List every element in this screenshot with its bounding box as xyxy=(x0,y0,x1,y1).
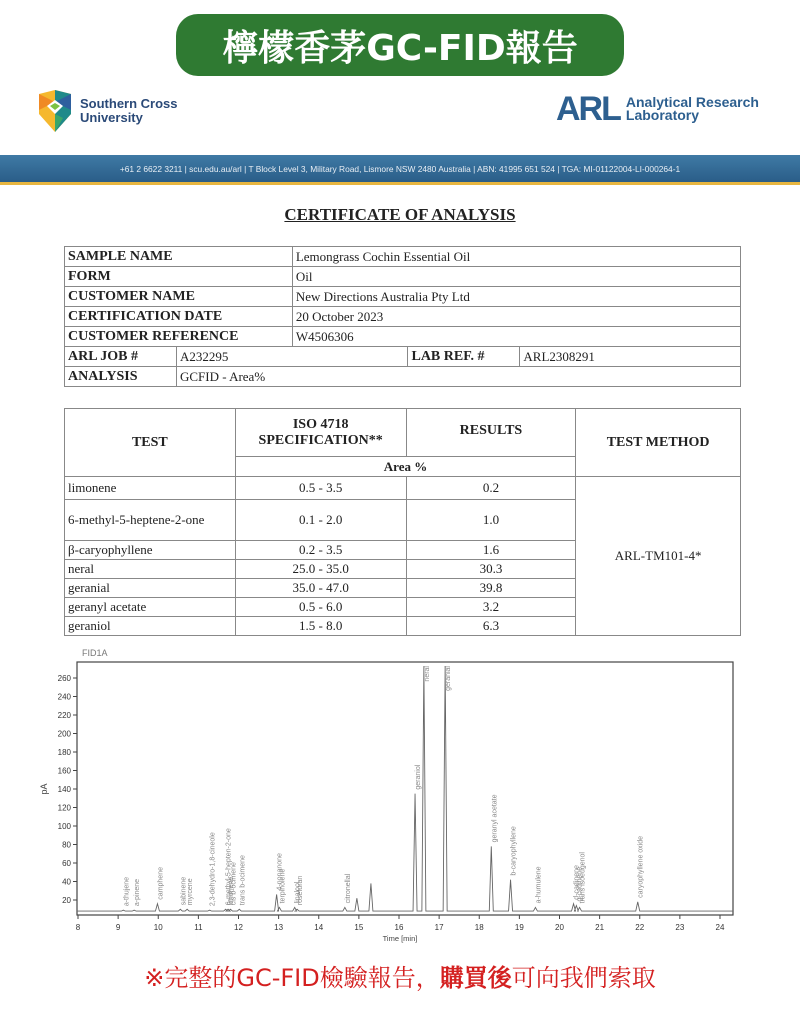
x-tick-label: 24 xyxy=(716,923,725,932)
label: LAB REF. # xyxy=(408,347,520,367)
label: FORM xyxy=(65,267,293,287)
certificate-title: CERTIFICATE OF ANALYSIS xyxy=(0,205,800,225)
value: New Directions Australia Pty Ltd xyxy=(292,287,740,307)
peak-label: citronellal xyxy=(345,873,352,903)
footer-note: ※完整的GC-FID檢驗報告，購買後可向我們索取 xyxy=(0,958,800,993)
cell-spec: 0.2 - 3.5 xyxy=(235,541,406,560)
x-tick-label: 20 xyxy=(555,923,564,932)
header-spec: ISO 4718 SPECIFICATION** xyxy=(235,409,406,457)
value: W4506306 xyxy=(292,327,740,347)
x-tick-label: 9 xyxy=(116,923,121,932)
chart-title: FID1A xyxy=(82,648,108,658)
header-results: RESULTS xyxy=(406,409,576,457)
value: ARL2308291 xyxy=(520,347,741,367)
value: Lemongrass Cochin Essential Oil xyxy=(292,247,740,267)
label: SAMPLE NAME xyxy=(65,247,293,267)
x-tick-label: 23 xyxy=(675,923,684,932)
cell-test: geranyl acetate xyxy=(65,598,236,617)
scu-name-line2: University xyxy=(80,111,178,125)
peak-label: trans isoeugenol xyxy=(580,852,587,904)
scu-name-line1: Southern Cross xyxy=(80,97,178,111)
header-unit: Area % xyxy=(235,457,576,477)
x-tick-label: 16 xyxy=(395,923,404,932)
cell-test: limonene xyxy=(65,477,236,500)
page-banner: 檸檬香茅GC-FID報告 xyxy=(176,14,624,76)
label: CUSTOMER REFERENCE xyxy=(65,327,293,347)
cell-result: 1.6 xyxy=(406,541,576,560)
cell-test: geraniol xyxy=(65,617,236,636)
peak-label: cis b-ocimene xyxy=(230,862,237,905)
peak-label: a-humulene xyxy=(535,866,542,903)
x-axis-label: Time [min] xyxy=(383,934,418,943)
peak-label: caryophyllene oxide xyxy=(638,836,645,898)
chromatogram-chart: FID1A20406080100120140160180200220240260… xyxy=(0,640,800,950)
x-tick-label: 11 xyxy=(194,923,203,932)
info-row-customer-ref: CUSTOMER REFERENCE W4506306 xyxy=(65,327,741,347)
value: GCFID - Area% xyxy=(176,367,740,387)
x-tick-label: 22 xyxy=(635,923,644,932)
header-method: TEST METHOD xyxy=(576,409,741,477)
cell-spec: 0.1 - 2.0 xyxy=(235,500,406,541)
x-tick-label: 10 xyxy=(154,923,163,932)
x-tick-label: 12 xyxy=(234,923,243,932)
cell-test: neral xyxy=(65,560,236,579)
arl-mark: ARL xyxy=(556,92,620,126)
y-tick-label: 180 xyxy=(58,748,72,757)
peak-label: terpinolene xyxy=(279,869,286,904)
y-tick-label: 160 xyxy=(58,767,72,776)
footer-suffix: 可向我們索取 xyxy=(512,964,656,992)
x-tick-label: 18 xyxy=(475,923,484,932)
peak-label: geraniol xyxy=(415,764,422,789)
x-tick-label: 21 xyxy=(595,923,604,932)
peak-label: 2,3-dehydro-1,8-cineole xyxy=(210,832,217,906)
cell-spec: 25.0 - 35.0 xyxy=(235,560,406,579)
peak-label: geranial xyxy=(445,666,452,691)
y-tick-label: 140 xyxy=(58,785,72,794)
header-spec-line2: SPECIFICATION** xyxy=(239,433,403,449)
arl-name: Analytical Research Laboratory xyxy=(626,96,759,122)
peak-label: b-caryophyllene xyxy=(511,826,518,876)
peak-label: a-pinene xyxy=(134,879,141,906)
y-tick-label: 220 xyxy=(58,711,72,720)
footer-prefix: ※完整的GC-FID檢驗報告， xyxy=(144,964,440,992)
results-table: TEST ISO 4718 SPECIFICATION** RESULTS TE… xyxy=(64,408,741,636)
y-tick-label: 100 xyxy=(58,822,72,831)
cell-spec: 1.5 - 8.0 xyxy=(235,617,406,636)
header-test: TEST xyxy=(65,409,236,477)
plot-frame xyxy=(77,662,733,915)
peak-label: camphene xyxy=(157,867,164,900)
footer-bold: 購買後 xyxy=(440,964,512,992)
scu-name: Southern Cross University xyxy=(80,97,178,125)
cell-test: 6-methyl-5-heptene-2-one xyxy=(65,500,236,541)
info-row-cert-date: CERTIFICATION DATE 20 October 2023 xyxy=(65,307,741,327)
y-tick-label: 80 xyxy=(62,841,71,850)
cell-result: 1.0 xyxy=(406,500,576,541)
x-tick-label: 19 xyxy=(515,923,524,932)
cell-spec: 0.5 - 3.5 xyxy=(235,477,406,500)
peak-label: trans b-ocimene xyxy=(239,855,246,905)
contact-bar: +61 2 6622 3211 | scu.edu.au/arl | T Blo… xyxy=(0,155,800,185)
scu-logo: Southern Cross University xyxy=(36,88,178,134)
y-tick-label: 120 xyxy=(58,804,72,813)
peak-label: myrcene xyxy=(187,878,194,905)
value: 20 October 2023 xyxy=(292,307,740,327)
y-tick-label: 240 xyxy=(58,693,72,702)
chromatogram-trace xyxy=(77,666,733,911)
x-tick-label: 8 xyxy=(76,923,81,932)
cell-test: geranial xyxy=(65,579,236,598)
info-row-customer-name: CUSTOMER NAME New Directions Australia P… xyxy=(65,287,741,307)
header-spec-line1: ISO 4718 xyxy=(239,417,403,433)
scu-shield-icon xyxy=(36,88,74,134)
peak-label: geranyl acetate xyxy=(491,794,498,842)
info-row-analysis: ANALYSIS GCFID - Area% xyxy=(65,367,741,387)
label: ARL JOB # xyxy=(65,347,177,367)
y-tick-label: 20 xyxy=(62,896,71,905)
result-row: limonene0.5 - 3.50.2ARL-TM101-4* xyxy=(65,477,741,500)
arl-name-line2: Laboratory xyxy=(626,109,759,122)
y-tick-label: 60 xyxy=(62,859,71,868)
cell-result: 3.2 xyxy=(406,598,576,617)
cell-result: 6.3 xyxy=(406,617,576,636)
y-tick-label: 40 xyxy=(62,878,71,887)
peak-label: a-thujene xyxy=(123,877,130,906)
label: CERTIFICATION DATE xyxy=(65,307,293,327)
x-tick-label: 14 xyxy=(314,923,323,932)
value: Oil xyxy=(292,267,740,287)
x-tick-label: 17 xyxy=(435,923,444,932)
label: CUSTOMER NAME xyxy=(65,287,293,307)
y-tick-label: 200 xyxy=(58,730,72,739)
x-tick-label: 13 xyxy=(274,923,283,932)
value: A232295 xyxy=(176,347,408,367)
label: ANALYSIS xyxy=(65,367,177,387)
cell-test: β-caryophyllene xyxy=(65,541,236,560)
cell-result: 30.3 xyxy=(406,560,576,579)
cell-method: ARL-TM101-4* xyxy=(576,477,741,636)
y-axis-label: pA xyxy=(39,783,49,794)
cell-spec: 35.0 - 47.0 xyxy=(235,579,406,598)
cell-result: 0.2 xyxy=(406,477,576,500)
info-row-sample-name: SAMPLE NAME Lemongrass Cochin Essential … xyxy=(65,247,741,267)
peak-label: rosefuran xyxy=(297,876,304,906)
info-row-job: ARL JOB # A232295 LAB REF. # ARL2308291 xyxy=(65,347,741,367)
y-tick-label: 260 xyxy=(58,674,72,683)
peak-label: neral xyxy=(424,666,431,682)
cell-spec: 0.5 - 6.0 xyxy=(235,598,406,617)
sample-info-table: SAMPLE NAME Lemongrass Cochin Essential … xyxy=(64,246,741,387)
info-row-form: FORM Oil xyxy=(65,267,741,287)
cell-result: 39.8 xyxy=(406,579,576,598)
x-tick-label: 15 xyxy=(354,923,363,932)
arl-logo: ARL Analytical Research Laboratory xyxy=(556,92,759,126)
